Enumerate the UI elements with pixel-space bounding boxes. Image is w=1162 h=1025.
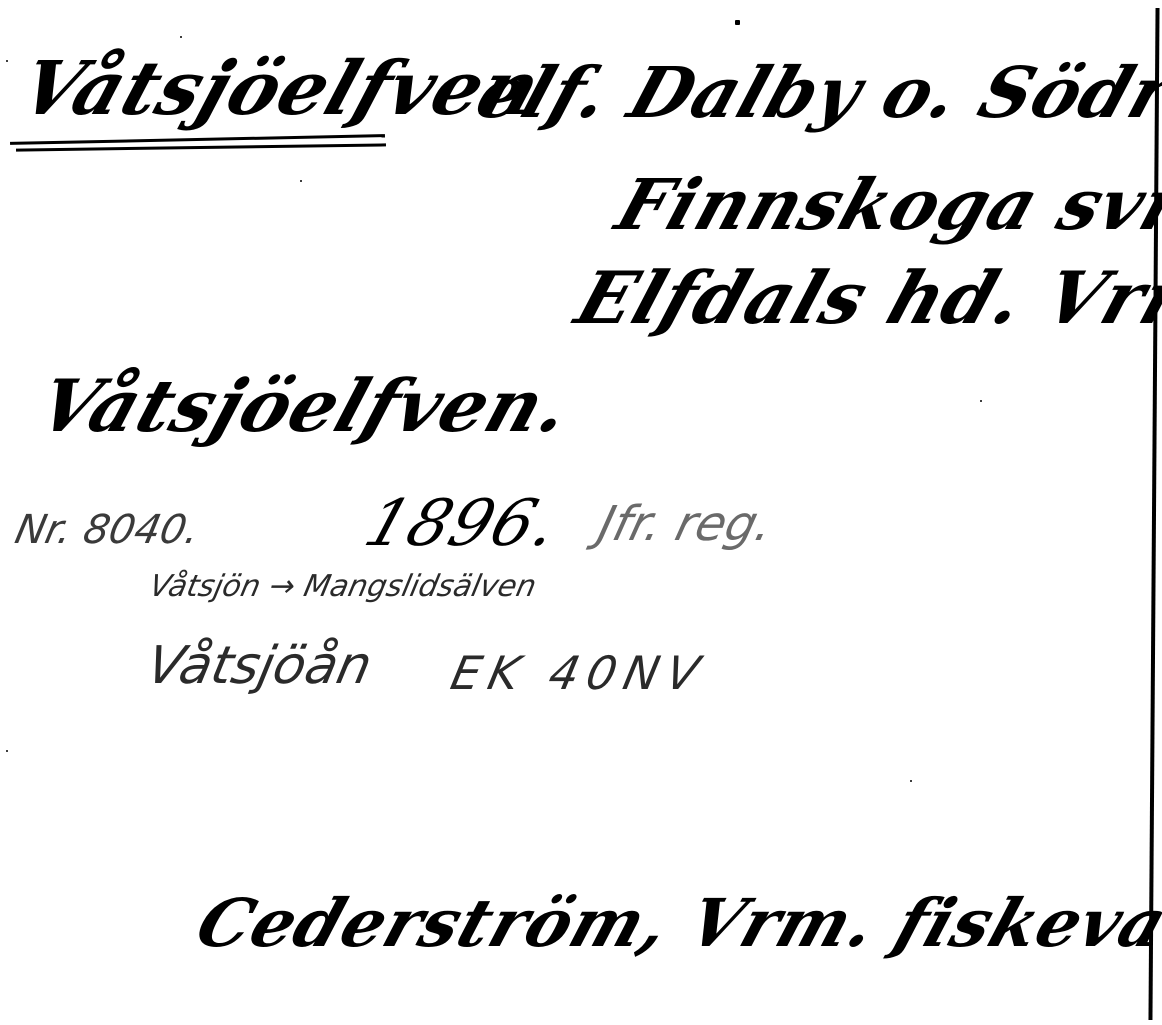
paper-speck — [180, 36, 182, 38]
archive-card: Våtsjöelfven elf. Dalby o. Södra Finnsko… — [0, 0, 1162, 1025]
paper-speck — [6, 750, 8, 752]
reference-number: Nr. 8040. — [12, 510, 203, 550]
headword: Våtsjöelfven — [12, 52, 549, 126]
district-line: Elfdals hd. Vrm. — [568, 262, 1162, 334]
headword-description: elf. Dalby o. Södra — [469, 58, 1162, 128]
reference-source: Jfr. reg. — [594, 500, 778, 548]
map-reference: EK 40NV — [447, 650, 711, 696]
modern-name: Våtsjöån — [142, 640, 376, 692]
paper-speck — [910, 780, 912, 782]
pencil-note: Våtsjön → Mangslidsälven — [147, 572, 539, 602]
paper-speck — [980, 400, 982, 402]
paper-speck — [300, 180, 302, 182]
variant-form: Våtsjöelfven. — [30, 370, 579, 442]
parish-line: Finnskoga svr. — [609, 170, 1162, 240]
source-citation: Cederström, Vrm. fiskevatten. — [189, 890, 1162, 956]
card-edge — [1148, 8, 1159, 1020]
paper-speck — [735, 20, 740, 25]
reference-year: 1896. — [358, 492, 567, 556]
paper-speck — [6, 60, 8, 62]
headword-underline-second — [16, 143, 386, 151]
